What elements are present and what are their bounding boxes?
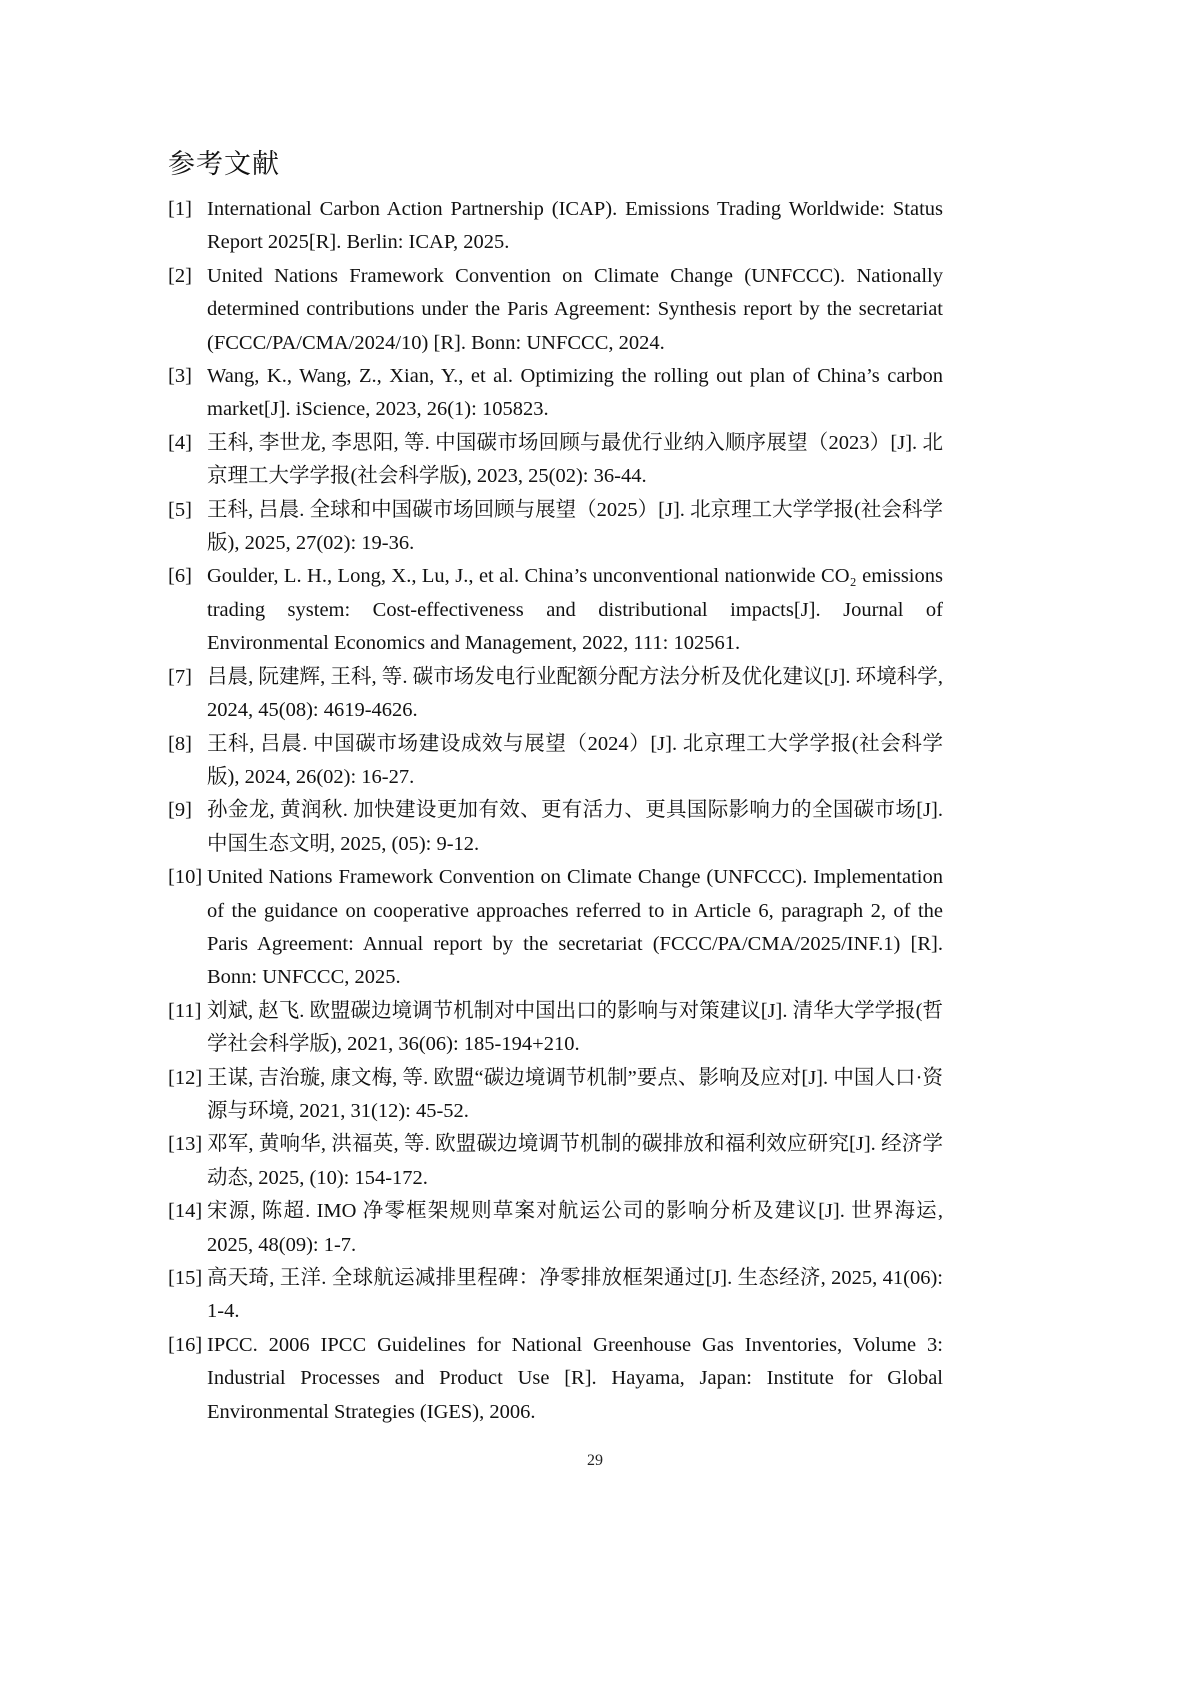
reference-item: [12] 王谋, 吉治璇, 康文梅, 等. 欧盟“碳边境调节机制”要点、影响及应… [168, 1062, 943, 1129]
reference-label: [4] [168, 427, 192, 460]
reference-item: [1] International Carbon Action Partners… [168, 193, 943, 260]
reference-label: [15] [168, 1262, 202, 1295]
reference-text: 王谋, 吉治璇, 康文梅, 等. 欧盟“碳边境调节机制”要点、影响及应对[J].… [207, 1062, 943, 1129]
reference-label: [10] [168, 861, 202, 894]
reference-text: 刘斌, 赵飞. 欧盟碳边境调节机制对中国出口的影响与对策建议[J]. 清华大学学… [207, 995, 943, 1062]
reference-text: Goulder, L. H., Long, X., Lu, J., et al.… [207, 560, 943, 660]
reference-text: 王科, 李世龙, 李思阳, 等. 中国碳市场回顾与最优行业纳入顺序展望（2023… [207, 427, 943, 494]
reference-item: [3] Wang, K., Wang, Z., Xian, Y., et al.… [168, 360, 943, 427]
reference-label: [13] [168, 1128, 202, 1161]
reference-item: [15] 高天琦, 王洋. 全球航运减排里程碑：净零排放框架通过[J]. 生态经… [168, 1262, 943, 1329]
reference-item: [2] United Nations Framework Convention … [168, 260, 943, 360]
reference-text: 孙金龙, 黄润秋. 加快建设更加有效、更有活力、更具国际影响力的全国碳市场[J]… [207, 794, 943, 861]
reference-item: [16] IPCC. 2006 IPCC Guidelines for Nati… [168, 1329, 943, 1429]
page-number: 29 [0, 1452, 1190, 1470]
reference-item: [11] 刘斌, 赵飞. 欧盟碳边境调节机制对中国出口的影响与对策建议[J]. … [168, 995, 943, 1062]
reference-label: [7] [168, 661, 192, 694]
reference-item: [7] 吕晨, 阮建辉, 王科, 等. 碳市场发电行业配额分配方法分析及优化建议… [168, 661, 943, 728]
reference-text: IPCC. 2006 IPCC Guidelines for National … [207, 1329, 943, 1429]
reference-label: [5] [168, 494, 192, 527]
reference-text: United Nations Framework Convention on C… [207, 861, 943, 995]
reference-text: 高天琦, 王洋. 全球航运减排里程碑：净零排放框架通过[J]. 生态经济, 20… [207, 1262, 943, 1329]
reference-label: [16] [168, 1329, 202, 1362]
reference-item: [6] Goulder, L. H., Long, X., Lu, J., et… [168, 560, 943, 660]
reference-item: [10] United Nations Framework Convention… [168, 861, 943, 995]
reference-text: 吕晨, 阮建辉, 王科, 等. 碳市场发电行业配额分配方法分析及优化建议[J].… [207, 661, 943, 728]
reference-label: [11] [168, 995, 201, 1028]
reference-label: [2] [168, 260, 192, 293]
reference-label: [14] [168, 1195, 202, 1228]
reference-list: [1] International Carbon Action Partners… [168, 193, 943, 1429]
reference-label: [9] [168, 794, 192, 827]
reference-text: International Carbon Action Partnership … [207, 193, 943, 260]
reference-text: 宋源, 陈超. IMO 净零框架规则草案对航运公司的影响分析及建议[J]. 世界… [207, 1195, 943, 1262]
reference-text: Wang, K., Wang, Z., Xian, Y., et al. Opt… [207, 360, 943, 427]
reference-label: [12] [168, 1062, 202, 1095]
reference-label: [6] [168, 560, 192, 593]
reference-text: 邓军, 黄响华, 洪福英, 等. 欧盟碳边境调节机制的碳排放和福利效应研究[J]… [207, 1128, 943, 1195]
reference-item: [9] 孙金龙, 黄润秋. 加快建设更加有效、更有活力、更具国际影响力的全国碳市… [168, 794, 943, 861]
reference-label: [8] [168, 728, 192, 761]
reference-text: 王科, 吕晨. 全球和中国碳市场回顾与展望（2025）[J]. 北京理工大学学报… [207, 494, 943, 561]
reference-text: United Nations Framework Convention on C… [207, 260, 943, 360]
document-page: 参考文献 [1] International Carbon Action Par… [0, 0, 1190, 1683]
reference-item: [4] 王科, 李世龙, 李思阳, 等. 中国碳市场回顾与最优行业纳入顺序展望（… [168, 427, 943, 494]
reference-item: [14] 宋源, 陈超. IMO 净零框架规则草案对航运公司的影响分析及建议[J… [168, 1195, 943, 1262]
reference-item: [5] 王科, 吕晨. 全球和中国碳市场回顾与展望（2025）[J]. 北京理工… [168, 494, 943, 561]
reference-text: 王科, 吕晨. 中国碳市场建设成效与展望（2024）[J]. 北京理工大学学报(… [207, 728, 943, 795]
references-heading: 参考文献 [168, 142, 280, 181]
reference-item: [13] 邓军, 黄响华, 洪福英, 等. 欧盟碳边境调节机制的碳排放和福利效应… [168, 1128, 943, 1195]
reference-label: [3] [168, 360, 192, 393]
reference-item: [8] 王科, 吕晨. 中国碳市场建设成效与展望（2024）[J]. 北京理工大… [168, 728, 943, 795]
reference-label: [1] [168, 193, 192, 226]
